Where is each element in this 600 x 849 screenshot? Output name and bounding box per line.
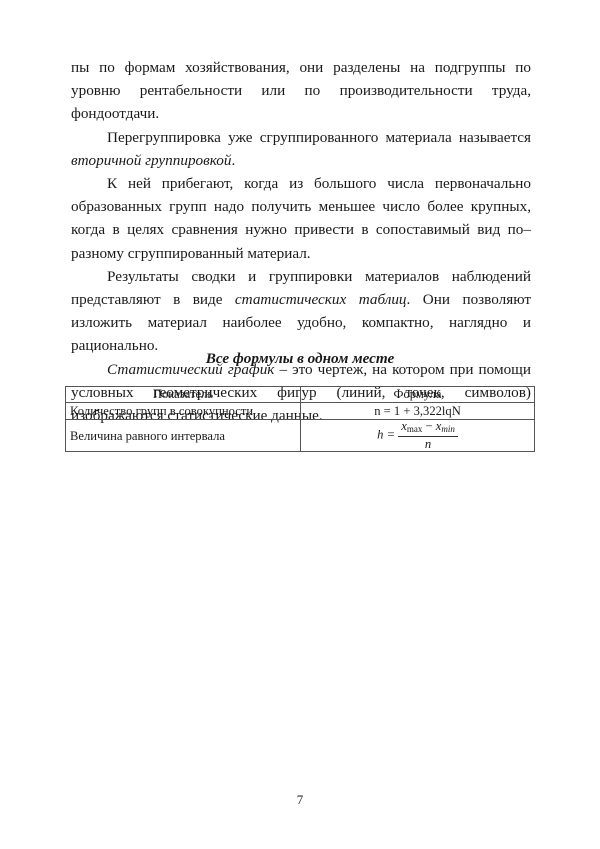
- page-number: 7: [0, 792, 600, 808]
- paragraph-1: пы по формам хозяйствования, они разделе…: [71, 56, 531, 126]
- header-indicator: Показатель: [66, 387, 301, 403]
- paragraph-3: К ней прибегают, когда из большого числа…: [71, 172, 531, 265]
- table-caption: Все формулы в одном месте: [65, 350, 535, 368]
- paragraph-4: Результаты сводки и группировки материал…: [71, 265, 531, 358]
- formulas-table: Показатель Формула Количество групп в со…: [65, 386, 535, 452]
- table-row: Величина равного интервала h = xmax − xm…: [66, 420, 535, 452]
- term-secondary-grouping: вторичной группировкой: [71, 152, 231, 169]
- table-header-row: Показатель Формула: [66, 387, 535, 403]
- interval-fraction: xmax − xmin n: [398, 420, 458, 451]
- term-statistical-tables: статистических таблиц: [235, 291, 407, 308]
- formula-cell: n = 1 + 3,322lqN: [301, 403, 535, 420]
- formula-cell: h = xmax − xmin n: [301, 420, 535, 452]
- body-text: пы по формам хозяйствования, они разделе…: [71, 56, 531, 427]
- paragraph-2: Перегруппировка уже сгруппированного мат…: [71, 126, 531, 172]
- table-row: Количество групп в совокупности n = 1 + …: [66, 403, 535, 420]
- header-formula: Формула: [301, 387, 535, 403]
- indicator-cell: Количество групп в совокупности: [66, 403, 301, 420]
- indicator-cell: Величина равного интервала: [66, 420, 301, 452]
